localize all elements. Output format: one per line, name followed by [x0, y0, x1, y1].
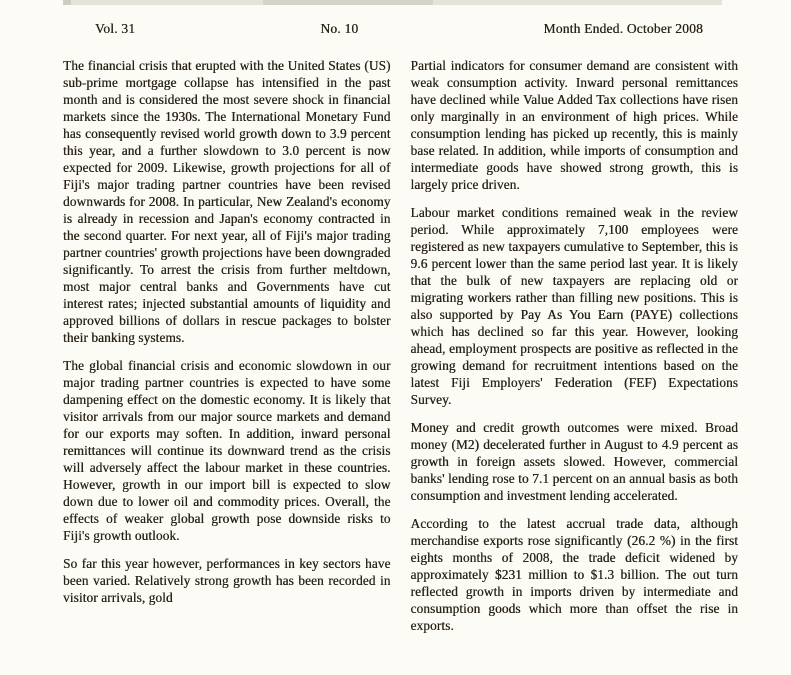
masthead-strip-notch [63, 0, 71, 5]
right-column: Partial indicators for consumer demand a… [411, 57, 739, 675]
masthead-strip-shade [263, 0, 433, 5]
paragraph-consumer-demand: Partial indicators for consumer demand a… [411, 57, 739, 193]
paragraph-labour-market: Labour market conditions remained weak i… [411, 204, 739, 408]
volume-label: Vol. 31 [95, 21, 135, 37]
left-column: The financial crisis that erupted with t… [63, 57, 391, 675]
month-ended-label: Month Ended. October 2008 [544, 21, 703, 37]
paragraph-money-credit: Money and credit growth outcomes were mi… [411, 419, 739, 504]
masthead-strip [63, 0, 722, 5]
document-page: Vol. 31 No. 10 Month Ended. October 2008… [0, 0, 791, 675]
issue-number-label: No. 10 [320, 21, 358, 37]
issue-header: Vol. 31 No. 10 Month Ended. October 2008 [95, 21, 703, 37]
paragraph-global-crisis: The financial crisis that erupted with t… [63, 57, 391, 346]
paragraph-sector-performance: So far this year however, performances i… [63, 555, 391, 606]
two-column-body: The financial crisis that erupted with t… [63, 57, 738, 675]
paragraph-domestic-impact: The global financial crisis and economic… [63, 357, 391, 544]
paragraph-trade-data: According to the latest accrual trade da… [411, 515, 739, 634]
